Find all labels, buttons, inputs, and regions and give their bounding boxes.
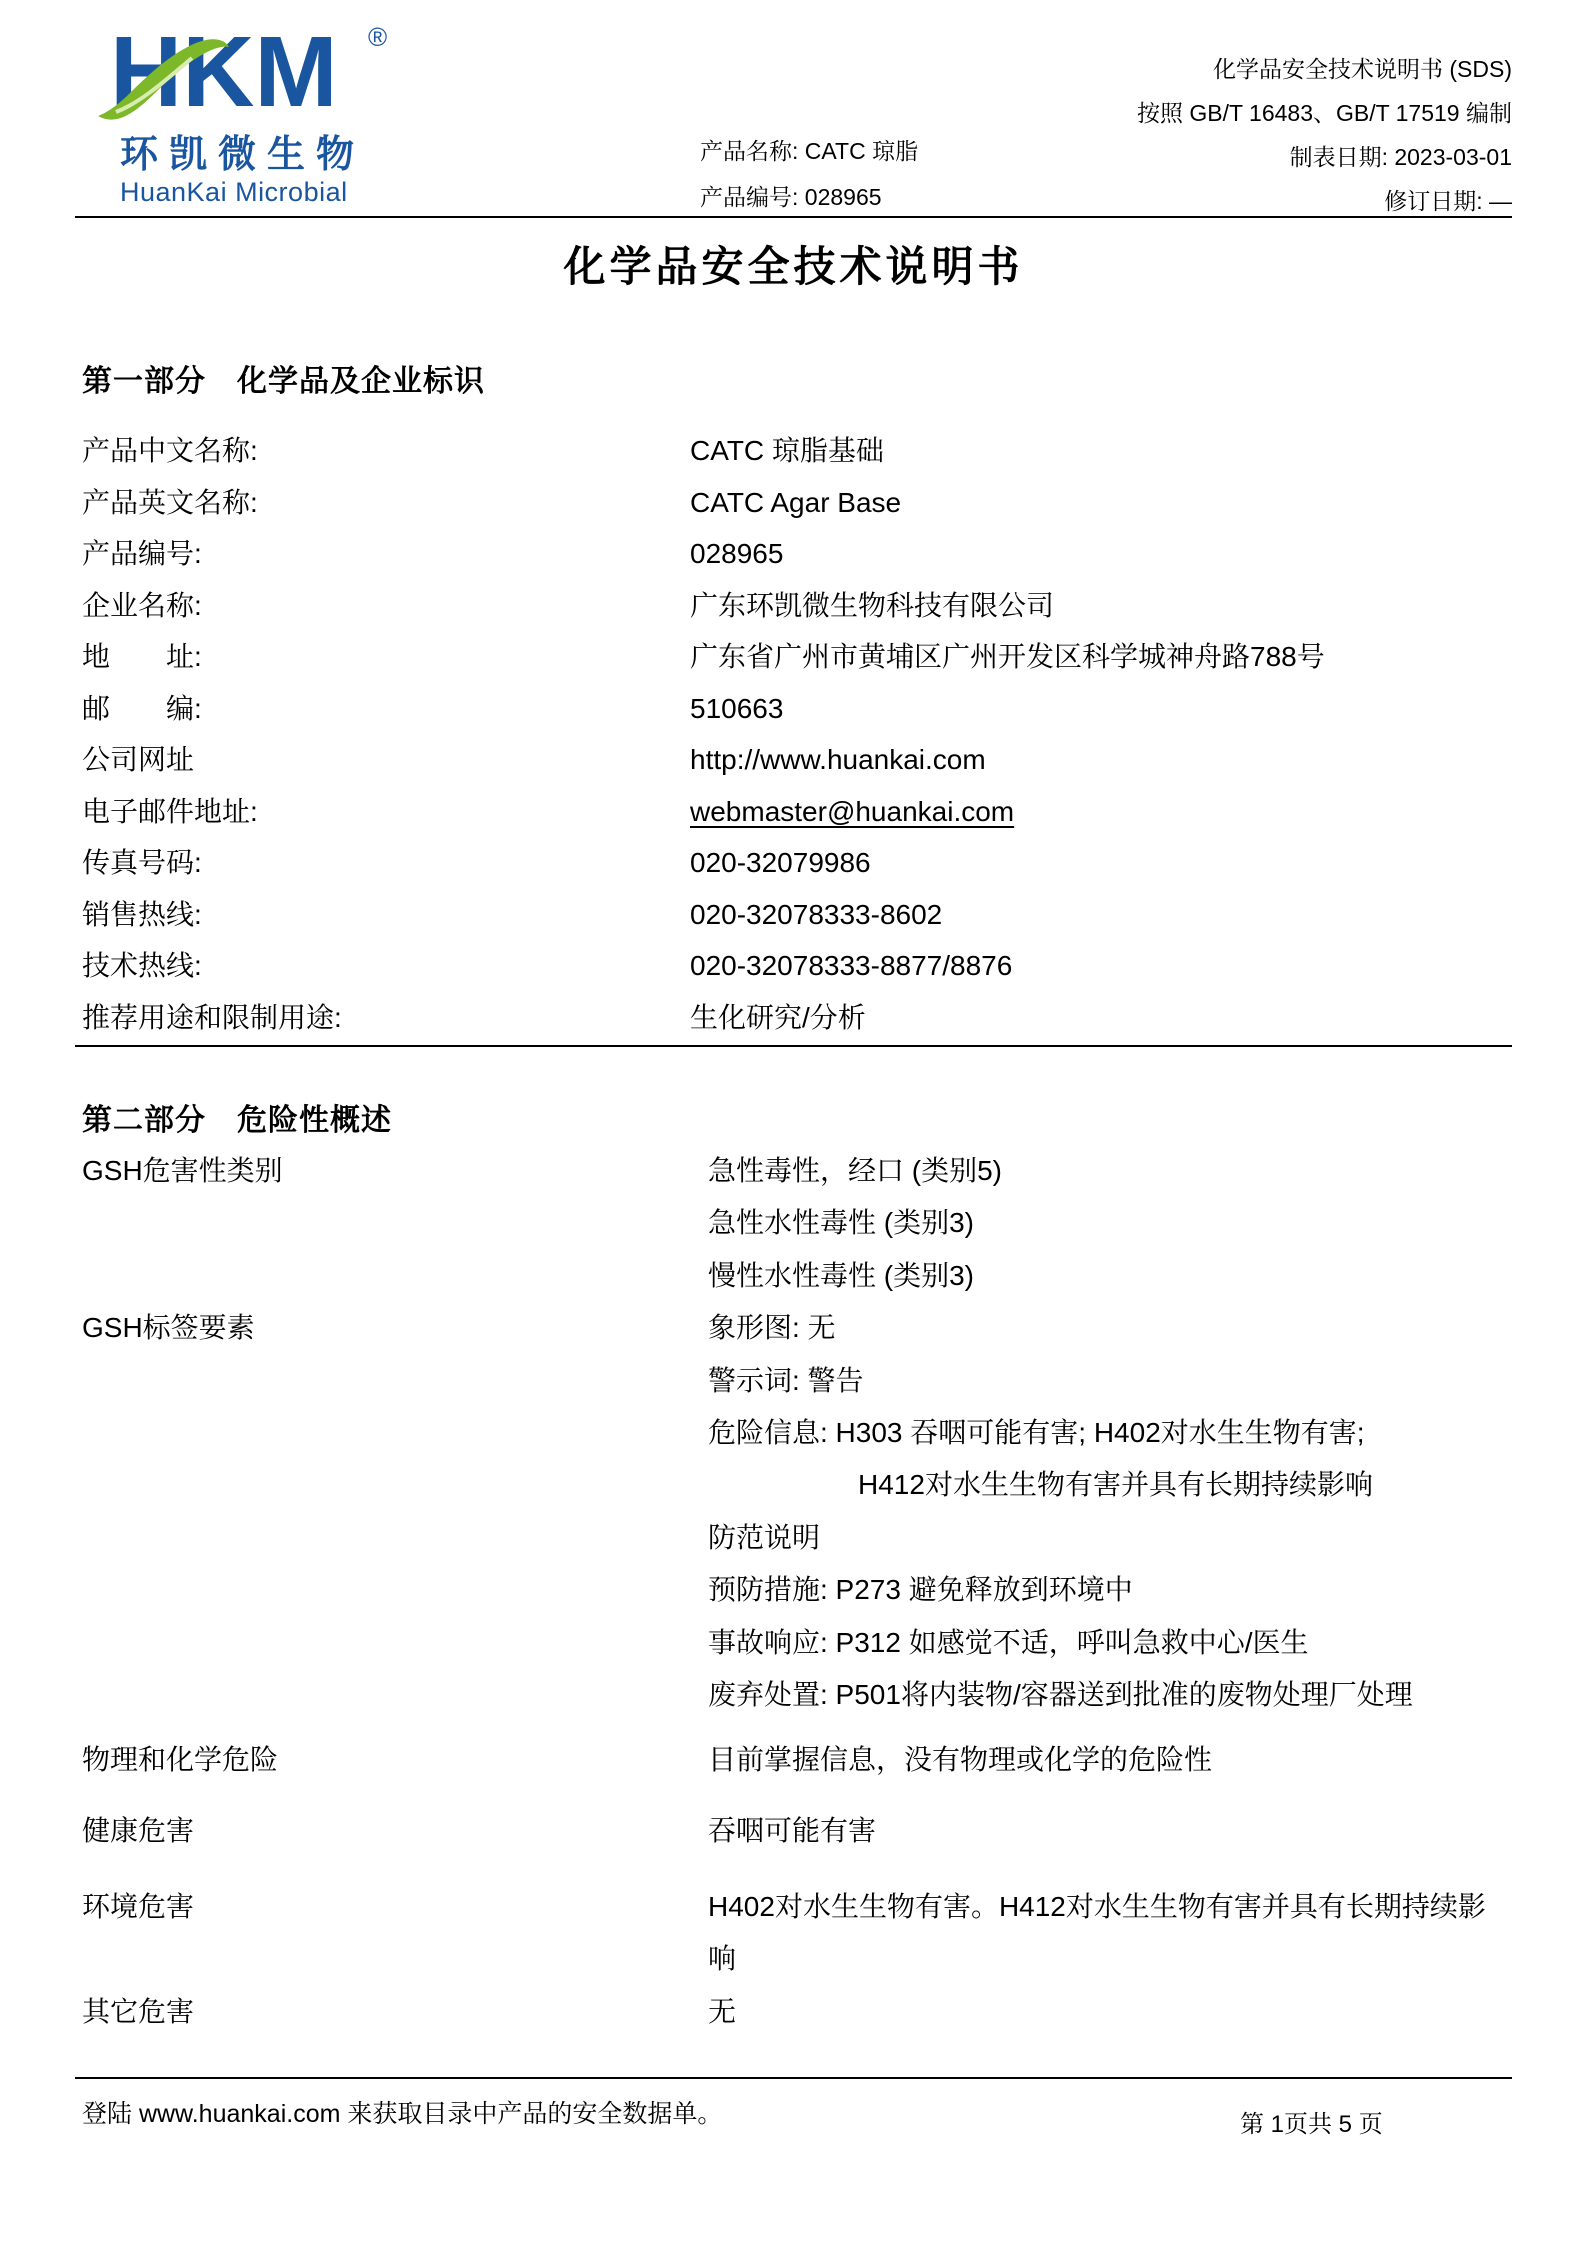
table-row: 环境危害H402对水生生物有害。H412对水生生物有害并具有长期持续影 xyxy=(82,1881,1527,1933)
row-label xyxy=(82,1250,708,1302)
row-value: 无 xyxy=(708,1986,1527,2038)
row-value: 急性水性毒性 (类别3) xyxy=(708,1197,1527,1249)
table-row: 公司网址http://www.huankai.com xyxy=(82,734,1517,786)
row-label: 产品英文名称: xyxy=(82,477,690,529)
table-row: 销售热线:020-32078333-8602 xyxy=(82,889,1517,941)
row-label: 推荐用途和限制用途: xyxy=(82,992,690,1044)
row-label xyxy=(82,1669,708,1721)
product-code-line: 产品编号: 028965 xyxy=(700,174,918,220)
table-row: 技术热线:020-32078333-8877/8876 xyxy=(82,940,1517,992)
row-value: 吞咽可能有害 xyxy=(708,1805,1527,1857)
table-row: 产品英文名称:CATC Agar Base xyxy=(82,477,1517,529)
row-value: 事故响应: P312 如感觉不适，呼叫急救中心/医生 xyxy=(708,1617,1527,1669)
footer-note: 登陆 www.huankai.com 来获取目录中产品的安全数据单。 xyxy=(82,2094,722,2130)
website-url: http://www.huankai.com xyxy=(690,734,1517,786)
table-row: 推荐用途和限制用途:生化研究/分析 xyxy=(82,992,1517,1044)
row-label: GSH危害性类别 xyxy=(82,1145,708,1197)
row-value: 020-32079986 xyxy=(690,837,1517,889)
email-link[interactable]: webmaster@huankai.com xyxy=(690,786,1517,838)
row-label xyxy=(82,1459,708,1511)
row-value: 象形图: 无 xyxy=(708,1302,1527,1354)
section-divider xyxy=(75,1045,1512,1047)
section1-heading: 第一部分 化学品及企业标识 xyxy=(82,356,485,400)
row-value: 慢性水性毒性 (类别3) xyxy=(708,1250,1527,1302)
row-value: 急性毒性，经口 (类别5) xyxy=(708,1145,1527,1197)
row-value: 响 xyxy=(708,1933,1527,1985)
row-label: 健康危害 xyxy=(82,1805,708,1857)
row-label: 地 址: xyxy=(82,631,690,683)
row-label xyxy=(82,1407,708,1459)
table-row: H412对水生生物有害并具有长期持续影响 xyxy=(82,1459,1527,1511)
page-indicator: 第 1页共 5 页 xyxy=(1240,2104,1383,2139)
row-value: 广东省广州市黄埔区广州开发区科学城神舟路788号 xyxy=(690,631,1517,683)
table-row: 传真号码:020-32079986 xyxy=(82,837,1517,889)
row-value: 防范说明 xyxy=(708,1512,1527,1564)
logo: HKM ® 环凯微生物 HuanKai Microbial xyxy=(72,14,417,208)
row-value: 目前掌握信息，没有物理或化学的危险性 xyxy=(708,1734,1527,1786)
row-label: 企业名称: xyxy=(82,580,690,632)
row-value: CATC Agar Base xyxy=(690,477,1517,529)
row-label: 其它危害 xyxy=(82,1986,708,2038)
table-row: 警示词: 警告 xyxy=(82,1355,1527,1407)
table-row: 其它危害无 xyxy=(82,1986,1527,2038)
registered-mark-icon: ® xyxy=(368,22,387,52)
header-meta-block: 化学品安全技术说明书 (SDS) 按照 GB/T 16483、GB/T 1751… xyxy=(1137,47,1512,223)
row-value: 预防措施: P273 避免释放到环境中 xyxy=(708,1564,1527,1616)
row-label: 销售热线: xyxy=(82,889,690,941)
row-label: 公司网址 xyxy=(82,734,690,786)
table-row: 地 址:广东省广州市黄埔区广州开发区科学城神舟路788号 xyxy=(82,631,1517,683)
row-value: 废弃处置: P501将内装物/容器送到批准的废物处理厂处理 xyxy=(708,1669,1527,1721)
table-row: GSH标签要素象形图: 无 xyxy=(82,1302,1527,1354)
row-value: 020-32078333-8877/8876 xyxy=(690,940,1517,992)
table-row: 产品中文名称:CATC 琼脂基础 xyxy=(82,425,1517,477)
row-label: 邮 编: xyxy=(82,683,690,735)
row-value: 广东环凯微生物科技有限公司 xyxy=(690,580,1517,632)
row-label: 技术热线: xyxy=(82,940,690,992)
product-name-line: 产品名称: CATC 琼脂 xyxy=(700,128,918,174)
issue-date-line: 制表日期: 2023-03-01 xyxy=(1137,135,1512,179)
row-value: H402对水生生物有害。H412对水生生物有害并具有长期持续影 xyxy=(708,1881,1527,1933)
table-row: 事故响应: P312 如感觉不适，呼叫急救中心/医生 xyxy=(82,1617,1527,1669)
row-label xyxy=(82,1617,708,1669)
row-label: 物理和化学危险 xyxy=(82,1734,708,1786)
logo-hkm-graphic: HKM ® xyxy=(72,14,417,126)
row-label xyxy=(82,1512,708,1564)
row-value: 028965 xyxy=(690,528,1517,580)
table-row: 响 xyxy=(82,1933,1527,1985)
row-value: 510663 xyxy=(690,683,1517,735)
table-row: 健康危害吞咽可能有害 xyxy=(82,1805,1527,1857)
row-value: 020-32078333-8602 xyxy=(690,889,1517,941)
row-value: 危险信息: H303 吞咽可能有害; H402对水生生物有害; xyxy=(708,1407,1527,1459)
logo-name-en: HuanKai Microbial xyxy=(72,177,417,208)
row-label: 电子邮件地址: xyxy=(82,786,690,838)
table-row: 物理和化学危险目前掌握信息，没有物理或化学的危险性 xyxy=(82,1734,1527,1786)
row-label: 传真号码: xyxy=(82,837,690,889)
section1-table: 产品中文名称:CATC 琼脂基础 产品英文名称:CATC Agar Base 产… xyxy=(82,425,1517,1043)
row-label xyxy=(82,1197,708,1249)
table-row: 电子邮件地址:webmaster@huankai.com xyxy=(82,786,1517,838)
footer-divider xyxy=(75,2077,1512,2079)
row-label xyxy=(82,1933,708,1985)
section2-table: GSH危害性类别急性毒性，经口 (类别5) 急性水性毒性 (类别3) 慢性水性毒… xyxy=(82,1145,1527,2038)
row-label: 环境危害 xyxy=(82,1881,708,1933)
row-label: GSH标签要素 xyxy=(82,1302,708,1354)
row-value: H412对水生生物有害并具有长期持续影响 xyxy=(708,1459,1527,1511)
table-row: 企业名称:广东环凯微生物科技有限公司 xyxy=(82,580,1517,632)
logo-name-cn: 环凯微生物 xyxy=(72,135,417,177)
row-value: 生化研究/分析 xyxy=(690,992,1517,1044)
row-label xyxy=(82,1355,708,1407)
table-row: 防范说明 xyxy=(82,1512,1527,1564)
header-product-block: 产品名称: CATC 琼脂 产品编号: 028965 xyxy=(700,128,918,220)
table-row: GSH危害性类别急性毒性，经口 (类别5) xyxy=(82,1145,1527,1197)
doc-title: 化学品安全技术说明书 xyxy=(0,234,1587,294)
doc-type-line: 化学品安全技术说明书 (SDS) xyxy=(1137,47,1512,91)
hkm-text: HKM xyxy=(110,16,338,126)
table-row: 慢性水性毒性 (类别3) xyxy=(82,1250,1527,1302)
table-row: 产品编号:028965 xyxy=(82,528,1517,580)
standard-line: 按照 GB/T 16483、GB/T 17519 编制 xyxy=(1137,91,1512,135)
row-label: 产品编号: xyxy=(82,528,690,580)
header-divider xyxy=(75,216,1512,218)
table-row: 危险信息: H303 吞咽可能有害; H402对水生生物有害; xyxy=(82,1407,1527,1459)
row-value: CATC 琼脂基础 xyxy=(690,425,1517,477)
table-row: 急性水性毒性 (类别3) xyxy=(82,1197,1527,1249)
row-value: 警示词: 警告 xyxy=(708,1355,1527,1407)
table-row: 邮 编:510663 xyxy=(82,683,1517,735)
row-label: 产品中文名称: xyxy=(82,425,690,477)
table-row: 预防措施: P273 避免释放到环境中 xyxy=(82,1564,1527,1616)
section2-heading: 第二部分 危险性概述 xyxy=(82,1095,392,1139)
row-label xyxy=(82,1564,708,1616)
table-row: 废弃处置: P501将内装物/容器送到批准的废物处理厂处理 xyxy=(82,1669,1527,1721)
